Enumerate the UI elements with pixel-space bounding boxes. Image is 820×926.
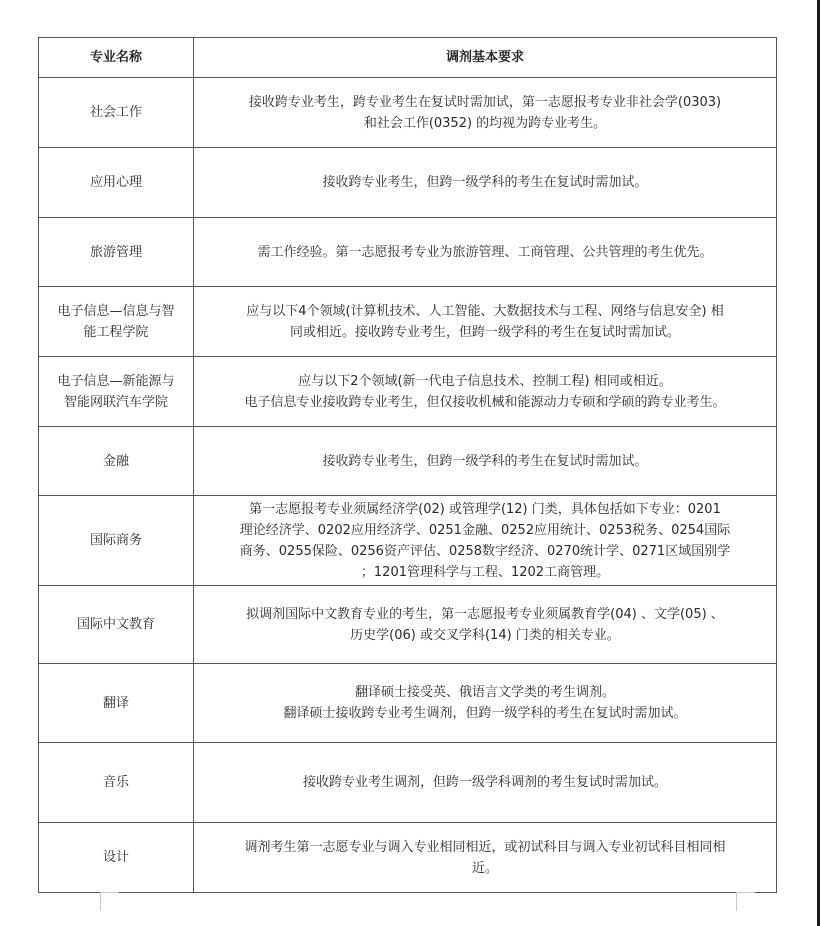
requirement-text: 应与以下2个领域(新一代电子信息技术、控制工程) 相同或相近。 电子信息专业接收…: [200, 371, 770, 413]
requirement-text: 调剂考生第一志愿专业与调入专业相同相近，或初试科目与调入专业初试科目相同相 近。: [200, 837, 770, 879]
table-row: 电子信息—信息与智 能工程学院 应与以下4个领域(计算机技术、人工智能、大数据技…: [39, 287, 777, 357]
major-name: 国际商务: [45, 530, 187, 551]
requirement-text: 拟调剂国际中文教育专业的考生，第一志愿报考专业须属教育学(04) 、文学(05)…: [200, 604, 770, 646]
table-row: 国际商务 第一志愿报考专业须属经济学(02) 或管理学(12) 门类，具体包括如…: [39, 496, 777, 586]
requirement-text: 接收跨专业考生，跨专业考生在复试时需加试，第一志愿报考专业非社会学(0303) …: [200, 92, 770, 134]
table-row: 应用心理 接收跨专业考生，但跨一级学科的考生在复试时需加试。: [39, 148, 777, 218]
header-major-name: 专业名称: [39, 38, 194, 78]
major-name: 翻译: [45, 693, 187, 714]
major-name: 音乐: [45, 772, 187, 793]
major-name: 设计: [45, 847, 187, 868]
major-name: 旅游管理: [45, 242, 187, 263]
table-row: 电子信息—新能源与 智能网联汽车学院 应与以下2个领域(新一代电子信息技术、控制…: [39, 357, 777, 427]
major-name: 应用心理: [45, 172, 187, 193]
table-header-row: 专业名称 调剂基本要求: [39, 38, 777, 78]
table-row: 设计 调剂考生第一志愿专业与调入专业相同相近，或初试科目与调入专业初试科目相同相…: [39, 823, 777, 893]
table-row: 翻译 翻译硕士接受英、俄语言文学类的考生调剂。 翻译硕士接收跨专业考生调剂，但跨…: [39, 664, 777, 743]
requirement-text: 翻译硕士接受英、俄语言文学类的考生调剂。 翻译硕士接收跨专业考生调剂，但跨一级学…: [200, 682, 770, 724]
table-row: 社会工作 接收跨专业考生，跨专业考生在复试时需加试，第一志愿报考专业非社会学(0…: [39, 78, 777, 148]
header-requirement: 调剂基本要求: [194, 38, 777, 78]
table-row: 旅游管理 需工作经验。第一志愿报考专业为旅游管理、工商管理、公共管理的考生优先。: [39, 218, 777, 287]
table-row: 音乐 接收跨专业考生调剂，但跨一级学科调剂的考生复试时需加试。: [39, 743, 777, 823]
requirement-text: 第一志愿报考专业须属经济学(02) 或管理学(12) 门类，具体包括如下专业：0…: [200, 499, 770, 583]
major-name: 金融: [45, 451, 187, 472]
page-corner-mark-left: [100, 892, 119, 911]
page-corner-mark-right: [736, 892, 755, 911]
requirement-text: 接收跨专业考生，但跨一级学科的考生在复试时需加试。: [200, 172, 770, 193]
requirement-text: 需工作经验。第一志愿报考专业为旅游管理、工商管理、公共管理的考生优先。: [200, 242, 770, 263]
major-name: 国际中文教育: [45, 614, 187, 635]
major-name: 电子信息—信息与智 能工程学院: [45, 301, 187, 343]
requirement-text: 应与以下4个领域(计算机技术、人工智能、大数据技术与工程、网络与信息安全) 相 …: [200, 301, 770, 343]
adjustment-requirements-table: 专业名称 调剂基本要求 社会工作 接收跨专业考生，跨专业考生在复试时需加试，第一…: [38, 37, 777, 893]
table-row: 金融 接收跨专业考生，但跨一级学科的考生在复试时需加试。: [39, 427, 777, 496]
requirement-text: 接收跨专业考生调剂，但跨一级学科调剂的考生复试时需加试。: [200, 772, 770, 793]
requirement-text: 接收跨专业考生，但跨一级学科的考生在复试时需加试。: [200, 451, 770, 472]
table-row: 国际中文教育 拟调剂国际中文教育专业的考生，第一志愿报考专业须属教育学(04) …: [39, 586, 777, 664]
major-name: 电子信息—新能源与 智能网联汽车学院: [45, 371, 187, 413]
major-name: 社会工作: [45, 102, 187, 123]
